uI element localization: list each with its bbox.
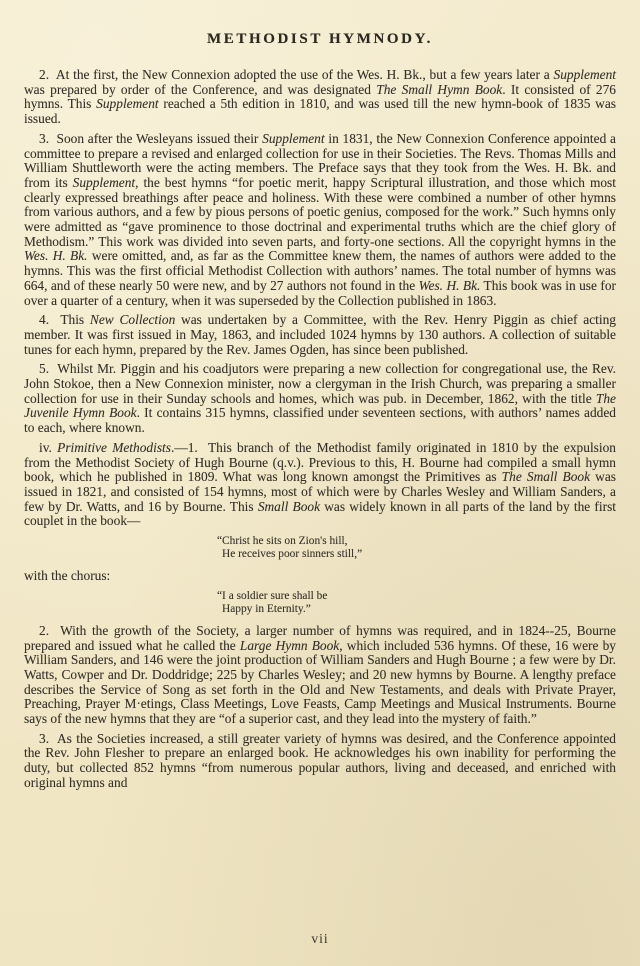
body-text: was prepared by order of the Conference,… — [24, 82, 376, 97]
paragraph-3-wesleyans-supplement: 3. Soon after the Wesleyans issued their… — [24, 127, 616, 308]
body-text: 3. As the Societies increased, a still g… — [24, 731, 616, 790]
paragraph-4-new-collection: 4. This New Collection was undertaken by… — [24, 308, 616, 357]
italic-text: Supple­ment — [73, 175, 135, 190]
italic-text: Supplement — [96, 96, 158, 111]
page-title: METHODIST HYMNODY. — [0, 0, 640, 48]
body-text: with the chorus: — [24, 568, 110, 583]
paragraph-2-large-hymn-book: 2. With the growth of the Society, a lar… — [24, 619, 616, 727]
chorus-soldier: “I a soldier sure shall beHappy in Etern… — [217, 590, 616, 616]
body-text: 3. Soon after the Wesleyans issued their — [39, 131, 262, 146]
italic-text: Wes. H. Bk. — [419, 278, 481, 293]
italic-text: New Collection — [90, 312, 175, 327]
verse-line: “Christ he sits on Zion's hill, — [217, 535, 616, 548]
verse-line: He receives poor sinners still,” — [217, 548, 616, 561]
italic-text: Supplement — [554, 67, 616, 82]
scanned-book-page: METHODIST HYMNODY. 2. At the first, the … — [0, 0, 640, 966]
paragraph-3-john-flesher: 3. As the Societies increased, a still g… — [24, 727, 616, 791]
italic-text: Large Hymn Book — [240, 638, 339, 653]
italic-text: The Small Hymn Book — [376, 82, 502, 97]
italic-text: Wes. H. Bk. — [24, 248, 88, 263]
chorus-label: with the chorus: — [24, 564, 616, 584]
body-text: iv. — [39, 440, 57, 455]
verse-line: “I a soldier sure shall be — [217, 590, 616, 603]
italic-text: Primitive Methodists — [57, 440, 171, 455]
text-column: 2. At the first, the New Connexion adopt… — [24, 63, 616, 791]
body-text: 4. This — [39, 312, 90, 327]
body-text: 5. Whilst Mr. Piggin and his coadjutors … — [24, 361, 616, 405]
paragraph-iv-primitive-methodists: iv. Primitive Methodists.—1. This branch… — [24, 436, 616, 529]
page-number: vii — [0, 931, 640, 947]
italic-text: Small Book — [258, 499, 320, 514]
body-text: 2. At the first, the New Connexion adopt… — [39, 67, 554, 82]
paragraph-5-juvenile-hymn-book: 5. Whilst Mr. Piggin and his coadjutors … — [24, 357, 616, 436]
paragraph-2-new-connexion: 2. At the first, the New Connexion adopt… — [24, 63, 616, 127]
verse-line: Happy in Eternity.” — [217, 603, 616, 616]
italic-text: Supplement — [262, 131, 324, 146]
couplet-zions-hill: “Christ he sits on Zion's hill,He receiv… — [217, 535, 616, 561]
italic-text: The Small Book — [502, 469, 590, 484]
